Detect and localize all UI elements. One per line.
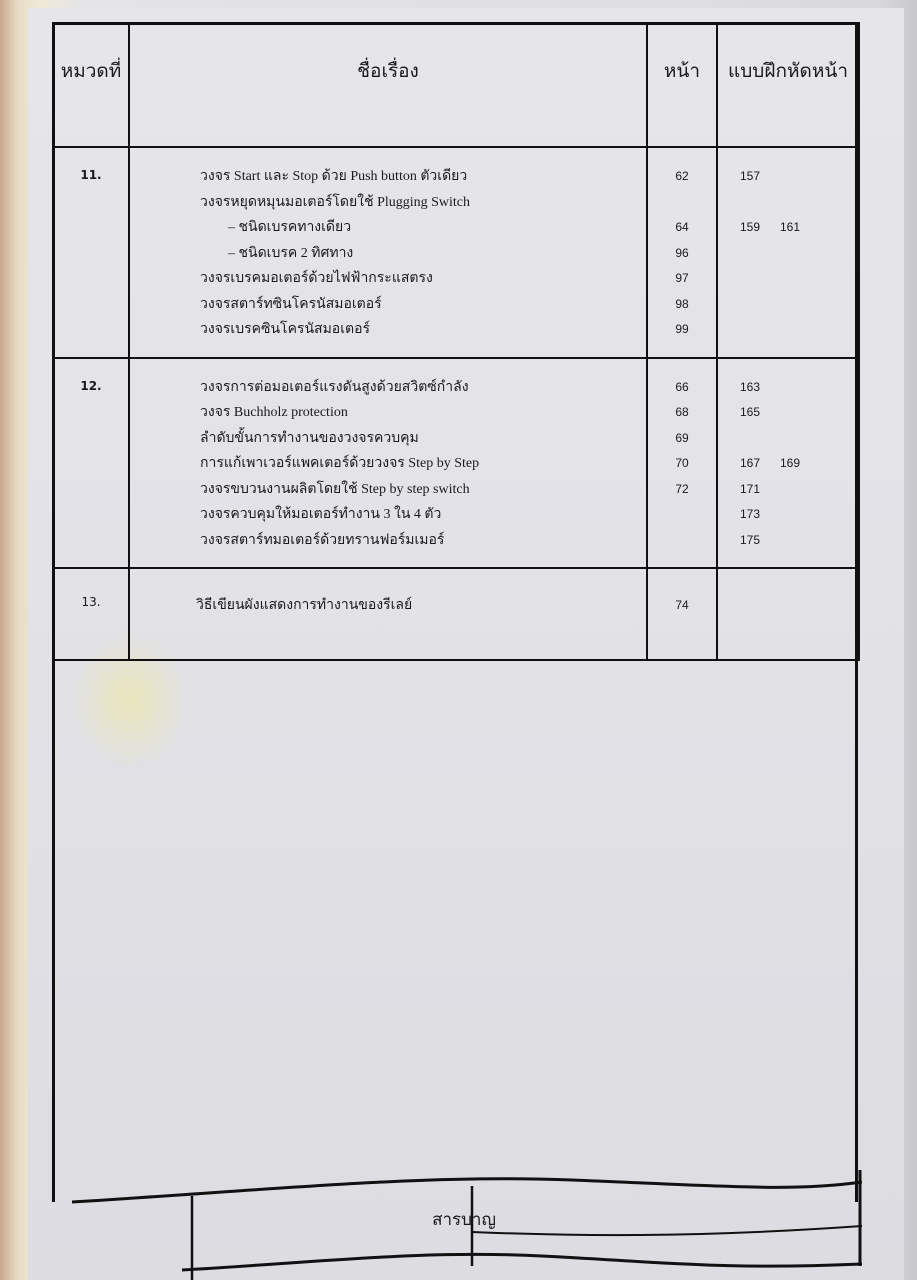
exercise-page: 161 <box>780 215 810 241</box>
toc-entry-page: 72 <box>648 477 716 503</box>
toc-entry-title: ลำดับขั้นการทำงานของวงจรควบคุม <box>200 426 646 452</box>
table-of-contents: หมวดที่ ชื่อเรื่อง หน้า แบบฝึกหัดหน้า 11… <box>52 22 860 661</box>
toc-entry-exercises <box>740 317 858 343</box>
toc-entry-title: วงจรเบรคซินโครนัสมอเตอร์ <box>200 317 646 343</box>
toc-entry-page: 62 <box>648 164 716 190</box>
exercise-page: 173 <box>740 502 770 528</box>
exercise-page: 175 <box>740 528 770 554</box>
toc-entry-title: วงจรสตาร์ทมอเตอร์ด้วยทรานฟอร์มเมอร์ <box>200 528 646 554</box>
toc-entry-page: 99 <box>648 317 716 343</box>
exercise-page: 171 <box>740 477 770 503</box>
section-number: 12. <box>53 358 129 569</box>
toc-entry-title: วงจรขบวนงานผลิตโดยใช้ Step by step switc… <box>200 477 646 503</box>
toc-entry-exercises <box>740 426 858 452</box>
exercise-page: 169 <box>780 451 810 477</box>
toc-entry-exercises: 173 <box>740 502 858 528</box>
section-row: 11.วงจร Start และ Stop ด้วย Push button … <box>53 147 859 358</box>
toc-entry-page: 70 <box>648 451 716 477</box>
toc-entry-title: การแก้เพาเวอร์แพคเตอร์ด้วยวงจร Step by S… <box>200 451 646 477</box>
toc-entry-title: – ชนิดเบรค 2 ทิศทาง <box>200 241 646 267</box>
toc-entry-page: 74 <box>648 593 716 619</box>
toc-entry-page: 97 <box>648 266 716 292</box>
section-pages: 626496979899 <box>647 147 717 358</box>
toc-entry-exercises <box>740 190 858 216</box>
toc-entry-exercises: 157 <box>740 164 858 190</box>
section-row: 12.วงจรการต่อมอเตอร์แรงดันสูงด้วยสวิตซ์ก… <box>53 358 859 569</box>
header-section: หมวดที่ <box>53 23 129 147</box>
footer-title: สารบาญ <box>252 1206 676 1233</box>
toc-entry-title: วงจร Start และ Stop ด้วย Push button ตัว… <box>200 164 646 190</box>
toc-entry-page <box>648 190 716 216</box>
toc-entry-exercises: 175 <box>740 528 858 554</box>
section-exercises: 163165167169171173175 <box>717 358 859 569</box>
toc-entry-title: วงจรการต่อมอเตอร์แรงดันสูงด้วยสวิตซ์กำลั… <box>200 375 646 401</box>
section-titles: วิธีเขียนผังแสดงการทำงานของรีเลย์ <box>129 568 647 660</box>
section-number: 13. <box>53 568 129 660</box>
toc-entry-page: 68 <box>648 400 716 426</box>
toc-entry-title: วงจรหยุดหมุนมอเตอร์โดยใช้ Plugging Switc… <box>200 190 646 216</box>
toc-entry-page: 69 <box>648 426 716 452</box>
section-exercises: 157159161 <box>717 147 859 358</box>
toc-entry-exercises: 165 <box>740 400 858 426</box>
toc-entry-exercises: 163 <box>740 375 858 401</box>
section-pages: 6668697072 <box>647 358 717 569</box>
section-exercises <box>717 568 859 660</box>
toc-entry-exercises <box>740 241 858 267</box>
section-pages: 74 <box>647 568 717 660</box>
exercise-page: 163 <box>740 375 770 401</box>
header-row: หมวดที่ ชื่อเรื่อง หน้า แบบฝึกหัดหน้า <box>53 23 859 147</box>
exercise-page: 167 <box>740 451 770 477</box>
toc-entry-title: วงจรสตาร์ทซินโครนัสมอเตอร์ <box>200 292 646 318</box>
toc-entry-title: วงจร Buchholz protection <box>200 400 646 426</box>
toc-entry-exercises: 167169 <box>740 451 858 477</box>
section-row: 13.วิธีเขียนผังแสดงการทำงานของรีเลย์74 <box>53 568 859 660</box>
toc-entry-page: 66 <box>648 375 716 401</box>
toc-entry-exercises <box>740 266 858 292</box>
header-page: หน้า <box>647 23 717 147</box>
header-title: ชื่อเรื่อง <box>129 23 647 147</box>
toc-entry-page <box>648 528 716 554</box>
toc-entry-page: 64 <box>648 215 716 241</box>
toc-entry-page: 98 <box>648 292 716 318</box>
exercise-page: 159 <box>740 215 770 241</box>
section-titles: วงจร Start และ Stop ด้วย Push button ตัว… <box>129 147 647 358</box>
toc-entry-title: วงจรเบรคมอเตอร์ด้วยไฟฟ้ากระแสตรง <box>200 266 646 292</box>
exercise-page: 165 <box>740 400 770 426</box>
toc-entry-page: 96 <box>648 241 716 267</box>
toc-entry-title: วิธีเขียนผังแสดงการทำงานของรีเลย์ <box>196 593 646 619</box>
section-titles: วงจรการต่อมอเตอร์แรงดันสูงด้วยสวิตซ์กำลั… <box>129 358 647 569</box>
toc-entry-exercises: 171 <box>740 477 858 503</box>
toc-entry-exercises <box>740 292 858 318</box>
toc-entry-title: – ชนิดเบรคทางเดียว <box>200 215 646 241</box>
header-exercise: แบบฝึกหัดหน้า <box>717 23 859 147</box>
toc-entry-title: วงจรควบคุมให้มอเตอร์ทำงาน 3 ใน 4 ตัว <box>200 502 646 528</box>
exercise-page: 157 <box>740 164 770 190</box>
footer-title-block: สารบาญ <box>72 1170 862 1270</box>
section-number: 11. <box>53 147 129 358</box>
toc-entry-exercises <box>740 585 858 611</box>
toc-entry-exercises: 159161 <box>740 215 858 241</box>
toc-entry-page <box>648 502 716 528</box>
